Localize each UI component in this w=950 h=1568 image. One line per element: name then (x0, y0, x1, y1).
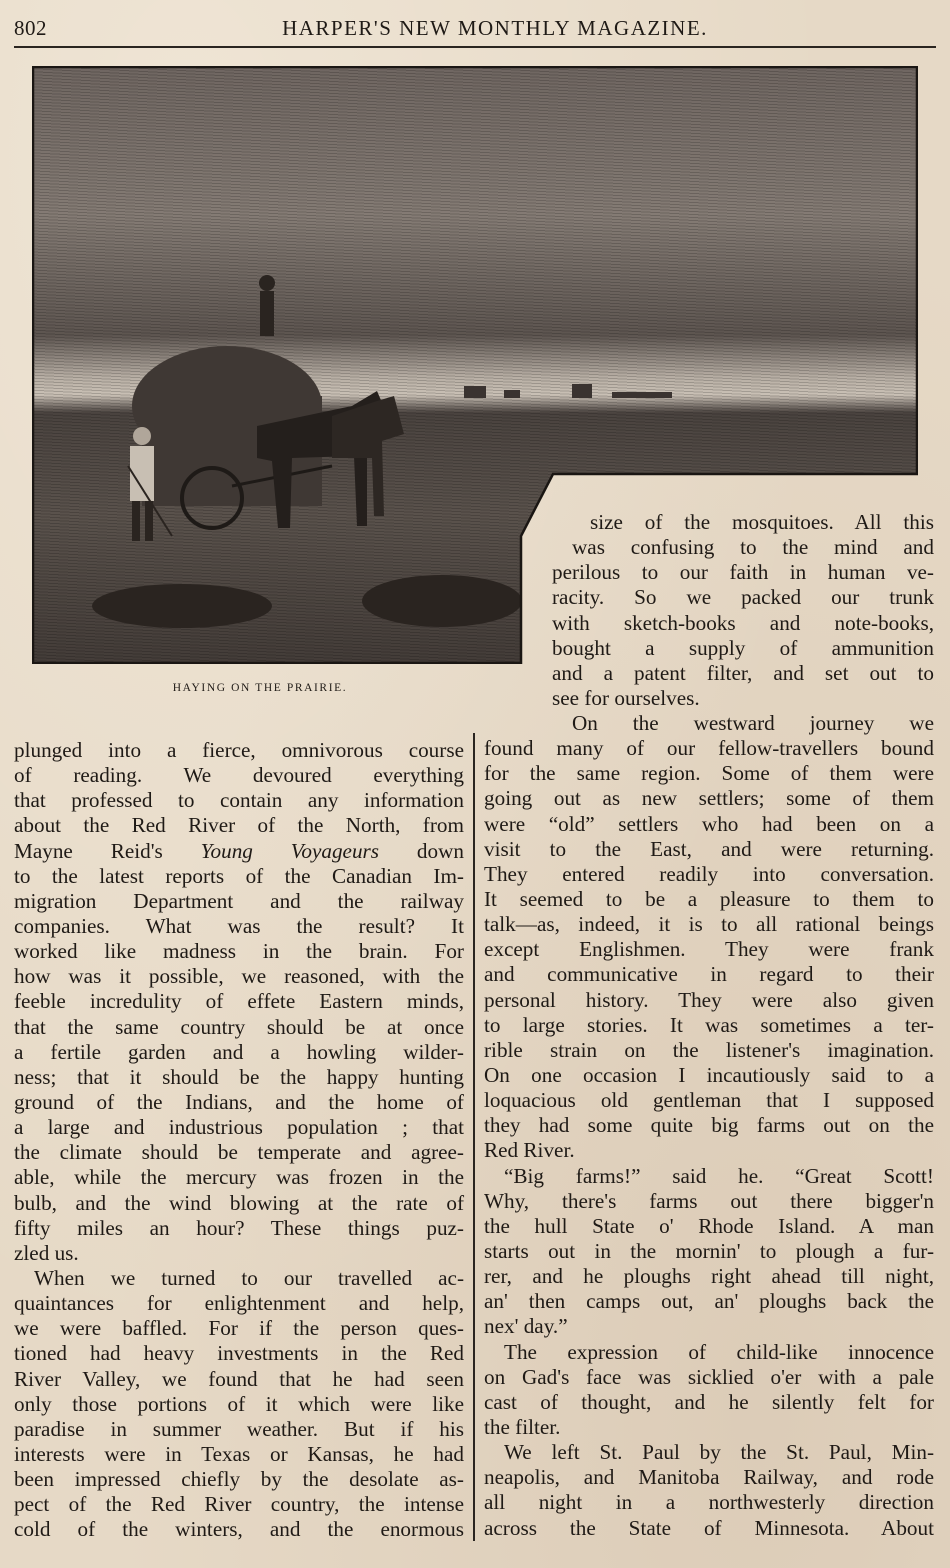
text-line: They entered readily into conversation. (484, 862, 934, 887)
text-line: River Valley, we found that he had seen (14, 1367, 464, 1392)
text-line-with-title: Mayne Reid's Young Voyageurs down (14, 839, 464, 864)
text-line: size of the mosquitoes. All this (552, 510, 934, 535)
text-line: all night in a northwesterly direction (484, 1490, 934, 1515)
text-line: rible strain on the listener's imaginati… (484, 1038, 934, 1063)
text-line: migration Department and the railway (14, 889, 464, 914)
text-fragment: Mayne Reid's (14, 839, 163, 863)
text-line: plunged into a fierce, omnivorous course (14, 738, 464, 763)
text-line: feeble incredulity of effete Eastern min… (14, 989, 464, 1014)
text-line: of reading. We devoured everything (14, 763, 464, 788)
text-line: talk—as, indeed, it is to all rational b… (484, 912, 934, 937)
right-column: On the westward journey we found many of… (484, 711, 934, 1541)
text-line: except Englishmen. They were frank (484, 937, 934, 962)
text-line: On one occasion I incautiously said to a (484, 1063, 934, 1088)
text-line: zled us. (14, 1241, 464, 1266)
text-line: perilous to our faith in human ve- (552, 560, 934, 585)
text-line: When we turned to our travelled ac- (14, 1266, 464, 1291)
illustration-caption: HAYING ON THE PRAIRIE. (0, 682, 520, 694)
text-line: on Gad's face was sicklied o'er with a p… (484, 1365, 934, 1390)
text-line: to the latest reports of the Canadian Im… (14, 864, 464, 889)
text-line: an' then camps out, an' ploughs back the (484, 1289, 934, 1314)
text-line: the filter. (484, 1415, 934, 1440)
text-line: quaintances for enlightenment and help, (14, 1291, 464, 1316)
text-line: to large stories. It was sometimes a ter… (484, 1013, 934, 1038)
text-line: bought a supply of ammunition (552, 636, 934, 661)
text-line: rer, and he ploughs right ahead till nig… (484, 1264, 934, 1289)
text-line: see for ourselves. (552, 686, 934, 711)
text-line: only those portions of it which were lik… (14, 1392, 464, 1417)
magazine-page: 802 HARPER'S NEW MONTHLY MAGAZINE. (0, 0, 950, 1568)
text-line: pect of the Red River country, the inten… (14, 1492, 464, 1517)
text-line: that professed to contain any informatio… (14, 788, 464, 813)
text-line: with sketch-books and note-books, (552, 611, 934, 636)
magazine-title: HARPER'S NEW MONTHLY MAGAZINE. (14, 16, 936, 41)
column-rule (473, 733, 475, 1541)
text-line: they had some quite big farms out on the (484, 1113, 934, 1138)
text-line: going out as new settlers; some of them (484, 786, 934, 811)
text-line: a large and industrious population ; tha… (14, 1115, 464, 1140)
text-line: we were baffled. For if the person ques- (14, 1316, 464, 1341)
text-line: interests were in Texas or Kansas, he ha… (14, 1442, 464, 1467)
book-title: Young Voyageurs (201, 839, 379, 863)
text-line: We left St. Paul by the St. Paul, Min- (484, 1440, 934, 1465)
text-line: the hull State o' Rhode Island. A man (484, 1214, 934, 1239)
text-line: fifty miles an hour? These things puz- (14, 1216, 464, 1241)
text-line: companies. What was the result? It (14, 914, 464, 939)
inset-text-block: size of the mosquitoes. All this was con… (552, 510, 934, 711)
text-line: bulb, and the wind blowing at the rate o… (14, 1191, 464, 1216)
text-line: able, while the mercury was frozen in th… (14, 1165, 464, 1190)
text-line: was confusing to the mind and (552, 535, 934, 560)
text-line: It seemed to be a pleasure to them to (484, 887, 934, 912)
text-line: starts out in the mornin' to plough a fu… (484, 1239, 934, 1264)
text-line: and communicative in regard to their (484, 962, 934, 987)
text-fragment: down (417, 839, 464, 863)
running-head: 802 HARPER'S NEW MONTHLY MAGAZINE. (14, 14, 936, 46)
text-line: Why, there's farms out there bigger'n (484, 1189, 934, 1214)
text-line: personal history. They were also given (484, 988, 934, 1013)
text-line: racity. So we packed our trunk (552, 585, 934, 610)
text-line: ness; that it should be the happy huntin… (14, 1065, 464, 1090)
left-column: plunged into a fierce, omnivorous course… (14, 738, 464, 1543)
text-line: a fertile garden and a howling wilder- (14, 1040, 464, 1065)
text-line: The expression of child-like innocence (484, 1340, 934, 1365)
header-rule (14, 46, 936, 48)
text-line: paradise in summer weather. But if his (14, 1417, 464, 1442)
text-line: neapolis, and Manitoba Railway, and rode (484, 1465, 934, 1490)
text-line: Red River. (484, 1138, 934, 1163)
text-line: loquacious old gentleman that I supposed (484, 1088, 934, 1113)
text-line: On the westward journey we (484, 711, 934, 736)
text-line: “Big farms!” said he. “Great Scott! (484, 1164, 934, 1189)
text-line: across the State of Minnesota. About (484, 1516, 934, 1541)
text-line: worked like madness in the brain. For (14, 939, 464, 964)
text-line: for the same region. Some of them were (484, 761, 934, 786)
text-line: visit to the East, and were returning. (484, 837, 934, 862)
text-line: nex' day.” (484, 1314, 934, 1339)
text-line: ground of the Indians, and the home of (14, 1090, 464, 1115)
text-line: the climate should be temperate and agre… (14, 1140, 464, 1165)
text-line: about the Red River of the North, from (14, 813, 464, 838)
text-line: were “old” settlers who had been on a (484, 812, 934, 837)
text-line: been impressed chiefly by the desolate a… (14, 1467, 464, 1492)
text-line: found many of our fellow-travellers boun… (484, 736, 934, 761)
text-line: that the same country should be at once (14, 1015, 464, 1040)
text-line: cast of thought, and he silently felt fo… (484, 1390, 934, 1415)
text-line: and a patent filter, and set out to (552, 661, 934, 686)
text-line: cold of the winters, and the enormous (14, 1517, 464, 1542)
text-line: tioned had heavy investments in the Red (14, 1341, 464, 1366)
text-line: how was it possible, we reasoned, with t… (14, 964, 464, 989)
